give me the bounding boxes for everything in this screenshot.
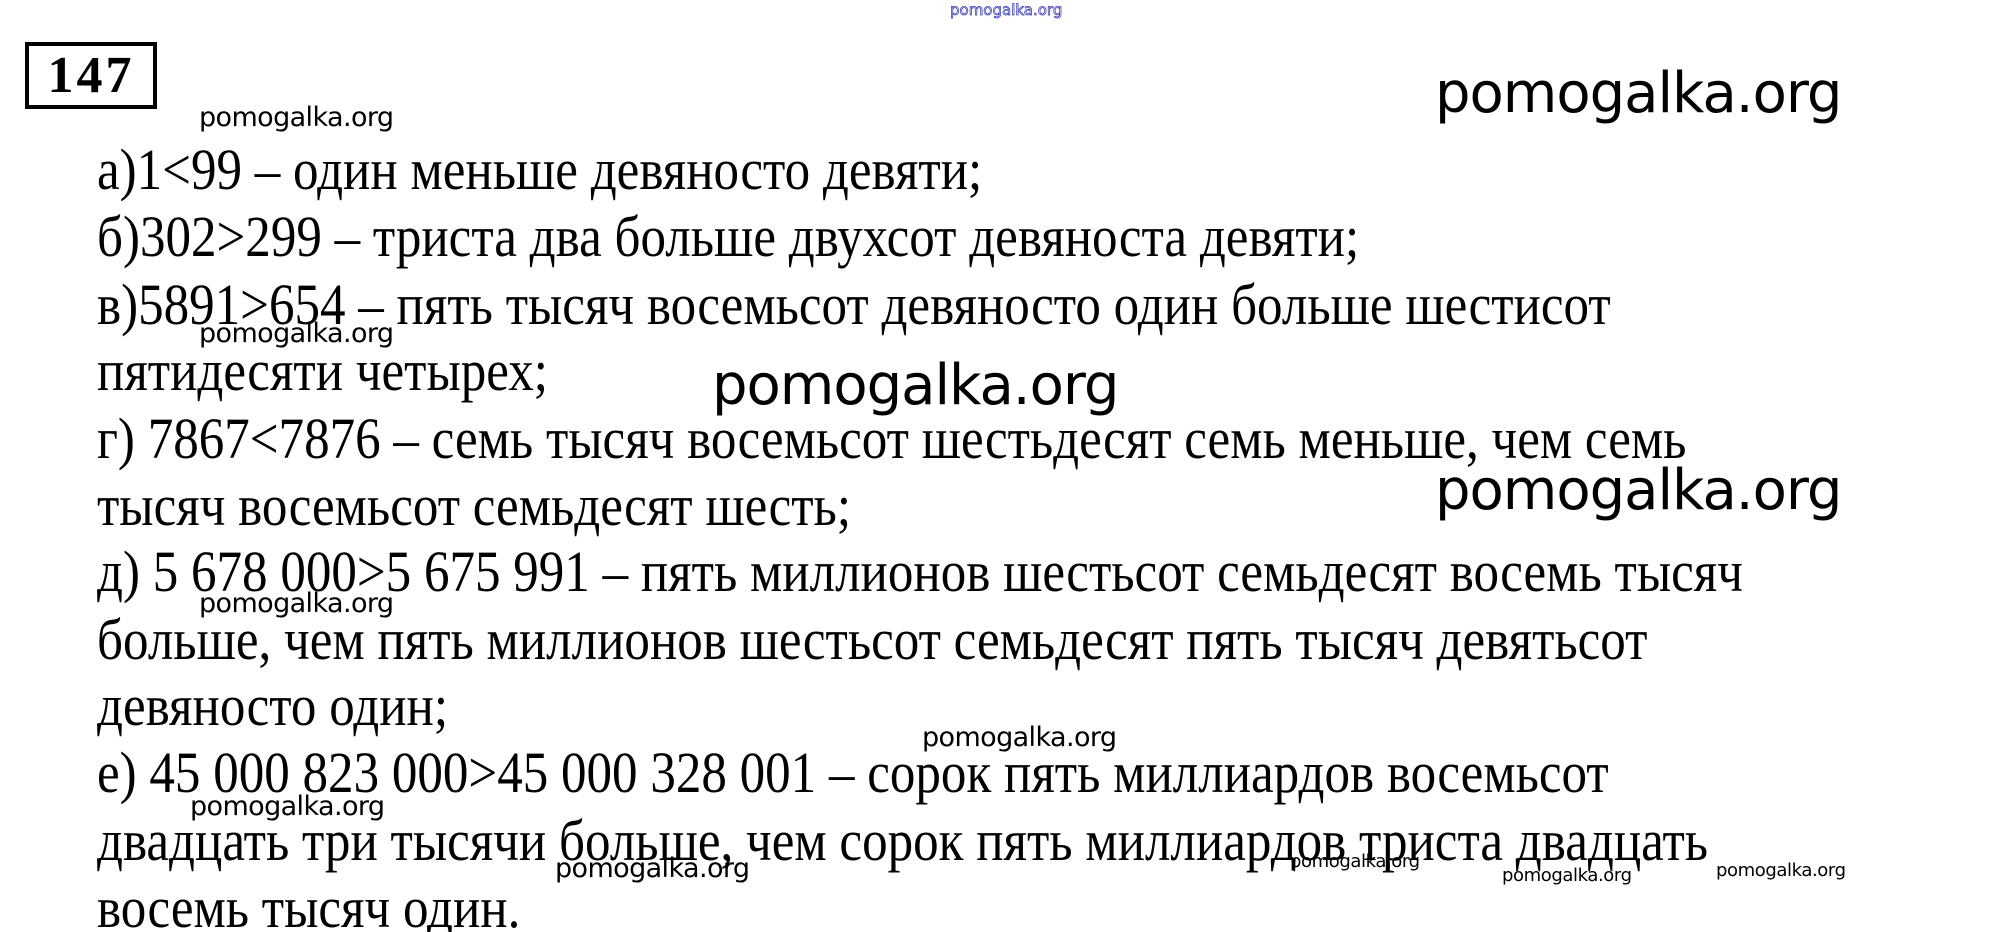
watermark-top: pomogalka.org xyxy=(950,3,1062,18)
answer-e-line-3: восемь тысяч один. xyxy=(97,879,520,932)
watermark-small-1: pomogalka.org xyxy=(1290,853,1420,871)
watermark-small-3: pomogalka.org xyxy=(1716,862,1846,880)
watermark-medium-1: pomogalka.org xyxy=(199,104,393,131)
watermark-medium-4: pomogalka.org xyxy=(922,724,1116,751)
answer-d-line-3: девяносто один; xyxy=(97,677,448,735)
answer-g-line-2: тысяч восемьсот семьдесят шесть; xyxy=(97,477,851,535)
watermark-medium-5: pomogalka.org xyxy=(190,793,384,820)
watermark-big-2: pomogalka.org xyxy=(712,358,1118,414)
task-number: 147 xyxy=(48,50,135,102)
answer-v-line-2: пятидесяти четырех; xyxy=(97,342,548,400)
answer-b-line-1: б)302>299 – триста два больше двухсот де… xyxy=(97,208,1359,266)
watermark-big-3: pomogalka.org xyxy=(1435,463,1841,519)
task-number-box: 147 xyxy=(25,42,157,109)
answer-a-line-1: а)1<99 – один меньше девяносто девяти; xyxy=(97,141,982,199)
watermark-big-1: pomogalka.org xyxy=(1435,66,1841,122)
watermark-medium-2: pomogalka.org xyxy=(199,320,393,347)
watermark-medium-6: pomogalka.org xyxy=(555,855,749,882)
watermark-small-2: pomogalka.org xyxy=(1502,867,1632,885)
watermark-medium-3: pomogalka.org xyxy=(199,590,393,617)
answer-d-line-2: больше, чем пять миллионов шестьсот семь… xyxy=(97,611,1647,669)
